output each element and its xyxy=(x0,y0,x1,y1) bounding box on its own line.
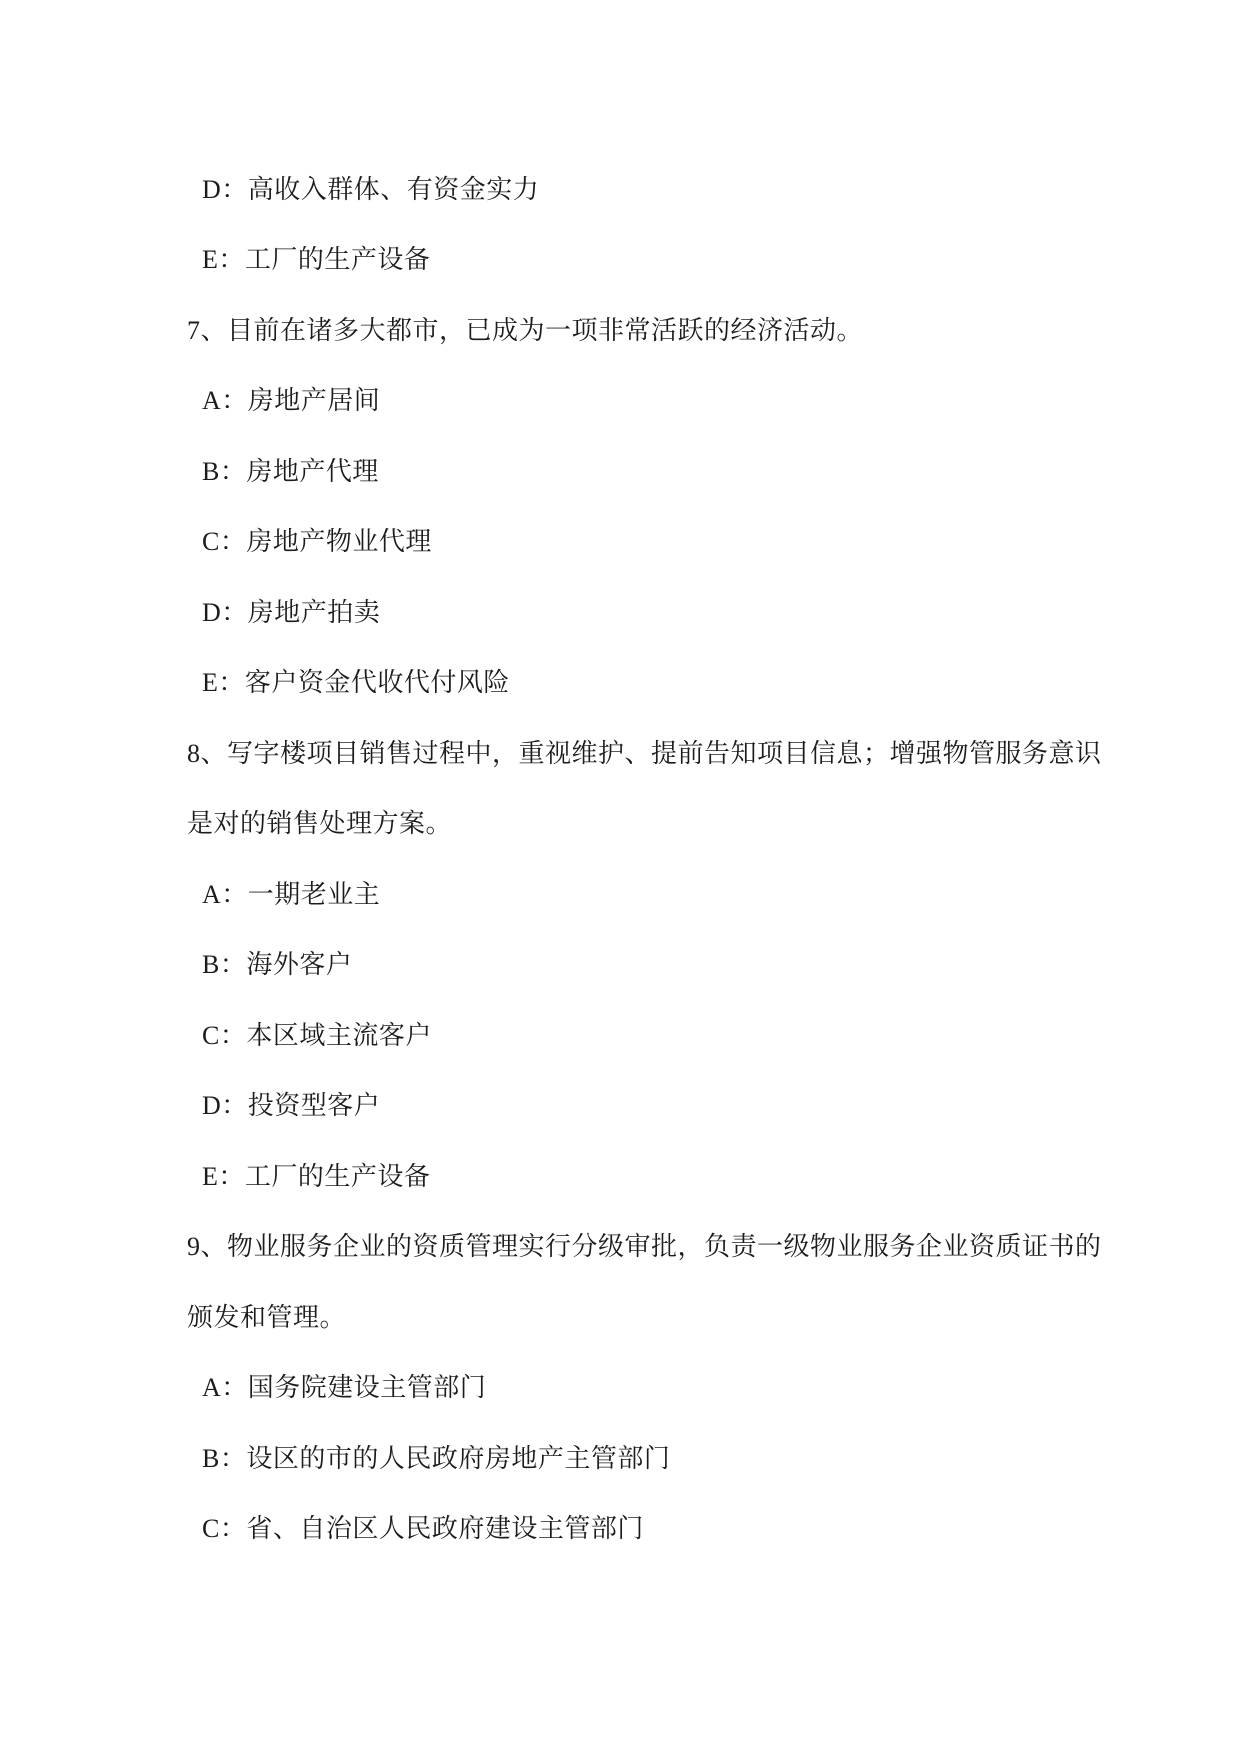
option-line: D：投资型客户 xyxy=(0,1069,1240,1140)
option-line: D：房地产拍卖 xyxy=(0,575,1240,646)
option-line: A：国务院建设主管部门 xyxy=(0,1351,1240,1422)
option-line: D：高收入群体、有资金实力 xyxy=(0,152,1240,223)
option-line: A：房地产居间 xyxy=(0,364,1240,435)
option-line: A：一期老业主 xyxy=(0,857,1240,928)
option-line: E：工厂的生产设备 xyxy=(0,223,1240,294)
option-line: C：本区域主流客户 xyxy=(0,998,1240,1069)
question-line: 9、物业服务企业的资质管理实行分级审批，负责一级物业服务企业资质证书的 xyxy=(0,1210,1240,1281)
question-line: 7、目前在诸多大都市，已成为一项非常活跃的经济活动。 xyxy=(0,293,1240,364)
option-line: B：海外客户 xyxy=(0,928,1240,999)
document-page: D：高收入群体、有资金实力E：工厂的生产设备7、目前在诸多大都市，已成为一项非常… xyxy=(0,0,1240,1753)
option-line: C：省、自治区人民政府建设主管部门 xyxy=(0,1492,1240,1563)
exam-questions-block: D：高收入群体、有资金实力E：工厂的生产设备7、目前在诸多大都市，已成为一项非常… xyxy=(0,0,1240,1562)
option-line: B：设区的市的人民政府房地产主管部门 xyxy=(0,1421,1240,1492)
continuation-line: 是对的销售处理方案。 xyxy=(0,787,1240,858)
option-line: B：房地产代理 xyxy=(0,434,1240,505)
continuation-line: 颁发和管理。 xyxy=(0,1280,1240,1351)
option-line: E：工厂的生产设备 xyxy=(0,1139,1240,1210)
question-line: 8、写字楼项目销售过程中，重视维护、提前告知项目信息；增强物管服务意识 xyxy=(0,716,1240,787)
option-line: C：房地产物业代理 xyxy=(0,505,1240,576)
option-line: E：客户资金代收代付风险 xyxy=(0,646,1240,717)
